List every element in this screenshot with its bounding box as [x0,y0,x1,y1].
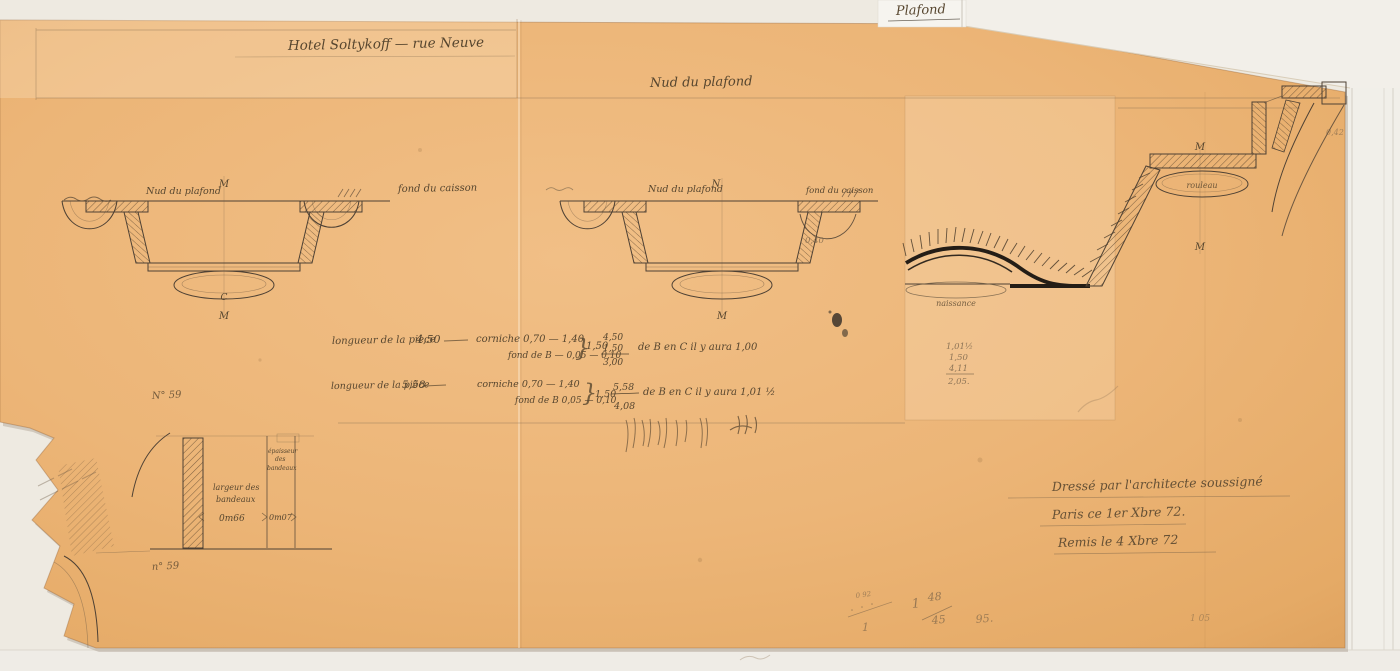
roll-label: rouleau [1186,181,1217,190]
dimension-note: 0,40 [805,236,825,246]
axis-mark-top: N [711,179,722,190]
cornice-band-right [798,201,860,212]
speck [978,458,983,463]
dimension-note: 0,42 [1326,128,1344,137]
calc-result: de B en C il y aura 1,00 [638,342,758,353]
pencil-dot [851,609,853,611]
pier-band [1252,102,1266,154]
speck [698,558,702,562]
sum-line: 1,01½ [946,341,973,352]
speck [1238,418,1242,422]
sum-line: 2,05. [947,377,970,387]
calc-length: 5,58 [402,379,426,391]
fraction2-denominator: 45 [930,613,946,627]
ink-smudge [832,313,842,327]
speck [258,358,261,361]
axis-mark-top: M [1194,142,1206,153]
sum-line: 1,50 [949,353,969,363]
drawing-canvas: Plafond Hotel Soltykoff — rue Neuve Nud … [0,0,1400,671]
sheet-number-lower: n° 59 [152,561,181,573]
calc-cornice: corniche 0,70 — 1,40 [476,334,585,345]
fraction2-whole: 1 [911,596,921,612]
width-label-line2: bandeaux [216,495,256,504]
speck [418,148,422,152]
axis-mark-top: M [218,179,230,190]
stack-mid: 1,50 [603,344,623,354]
fraction1-denominator: 1 [862,621,869,634]
calc-result: de B en C il y aura 1,01 ½ [643,387,775,398]
pencil-number: 95. [975,612,994,626]
coffer-label: fond du caisson [805,186,873,196]
right-page-strip [1345,0,1400,671]
soffit-band [1150,154,1256,168]
sum-line: 4,11 [948,364,968,374]
pencil-dot [871,603,873,605]
width-value: 0m66 [219,514,245,524]
calc-cornice: corniche 0,70 — 1,40 [477,379,580,390]
column-header-line1: épaisseur [268,448,298,455]
arc-label: naissance [936,299,976,308]
axis-mark-bottom: M [1194,242,1206,253]
ceiling-label: Nud du plafond [145,186,221,197]
backdrop-note-text: Plafond [895,2,946,19]
signature-line3: Remis le 4 Xbre 72 [1057,532,1179,550]
drawing-title: Nud du plafond [649,74,753,91]
axis-mark-bottom: M [716,311,728,322]
stack-top: 5,58 [613,382,634,393]
cornice-top-band [1282,86,1326,98]
ink-speck [829,311,832,314]
thickness-value: 0m07 [269,513,293,522]
panel-letter: C [221,293,228,303]
bottom-page-strip [0,650,1400,671]
stack-top: 4,50 [602,333,623,343]
stack-bottom: 4,08 [613,401,635,412]
cornice-band-right [300,201,362,212]
fraction2-numerator: 48 [926,590,942,604]
sheet-number-upper: N° 59 [151,389,183,402]
coffer-label: fond du caisson [397,183,477,195]
sheet-paper [0,20,1345,648]
pencil-number-faint: 1 05 [1190,614,1210,624]
overlap-patch-top-left [0,20,517,98]
hatched-band [183,438,203,548]
stack-bottom: 3,00 [603,358,623,368]
axis-mark-bottom: M [218,311,230,322]
sheet [0,19,1348,652]
ink-smudge [842,329,848,337]
calc-length: 4,50 [415,333,441,346]
pencil-dot [861,606,863,608]
column-header-line2: des [275,456,285,463]
width-label-line1: largeur des [213,483,260,492]
scanned-architectural-drawing: Plafond Hotel Soltykoff — rue Neuve Nud … [0,0,1400,671]
column-header-line3: bandeaux [267,465,297,472]
